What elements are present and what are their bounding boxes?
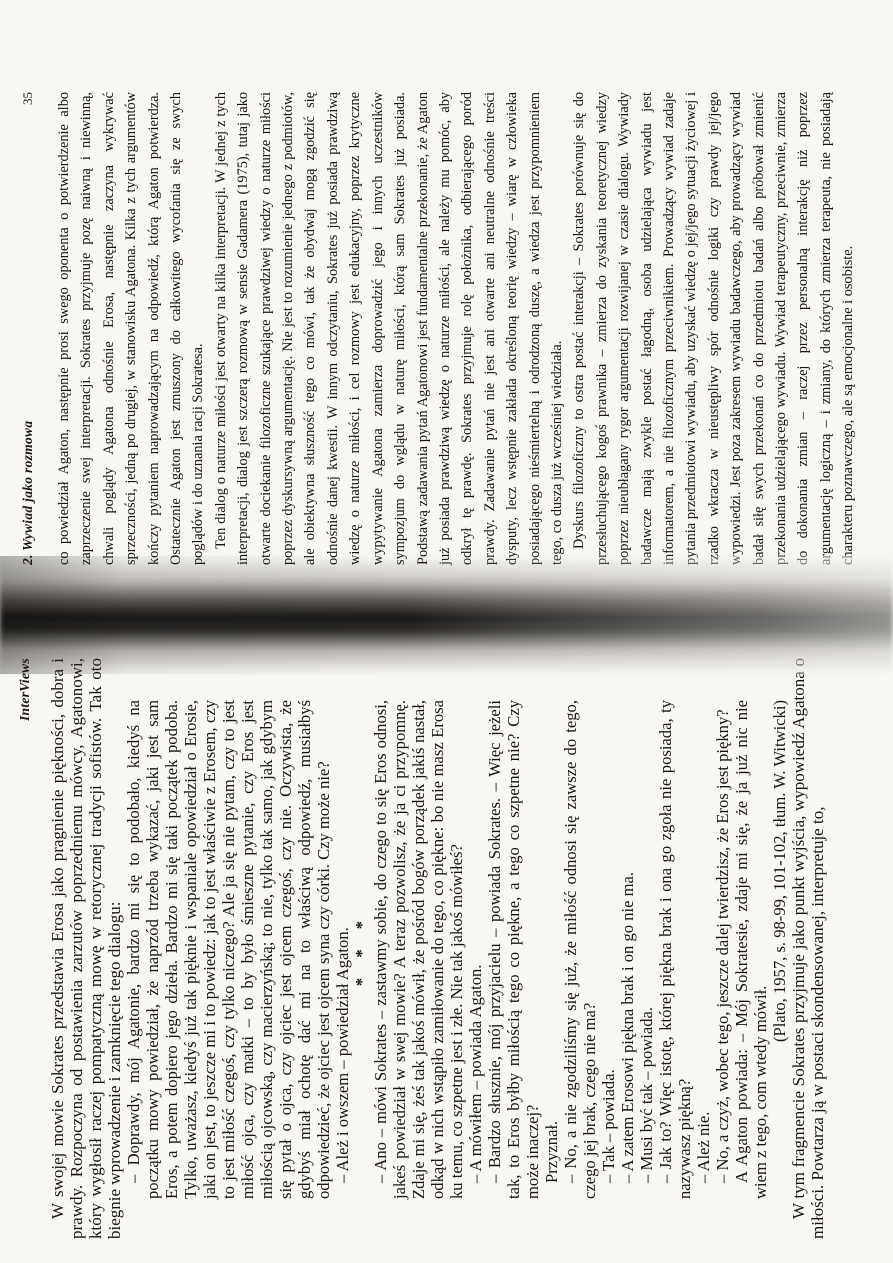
quote-paragraph: – A mówiłem – powiada Agaton.: [466, 700, 485, 1199]
paragraph: Ten dialog o naturze miłości jest otwart…: [210, 92, 569, 565]
paragraph: W tym fragmencie Sokrates przyjmuje jako…: [789, 658, 827, 1239]
running-head-right: 2. Wywiad jako rozmowa 35: [20, 92, 36, 565]
quote-paragraph: – Bardzo słusznie, mój przyjacielu – pow…: [485, 700, 542, 1199]
quote-paragraph: – Jak to? Więc istotę, której piękna bra…: [656, 700, 694, 1199]
quote-paragraph: – No, a nie zgodziliśmy się już, że miło…: [561, 700, 599, 1199]
paragraph: W swojej mowie Sokrates przedstawia Eros…: [48, 658, 124, 1239]
quote-paragraph: – No, a czyż, wobec tego, jeszcze dalej …: [713, 700, 732, 1199]
quote-separator: * * *: [352, 700, 371, 1199]
quote-citation: (Plato, 1957, s. 98-99, 101-102, tłum. W…: [770, 700, 789, 1199]
book-scan: 2. Wywiad jako rozmowa 35 co powiedział …: [0, 0, 893, 1263]
paragraph: Dyskurs filozoficzny to ostra postać int…: [568, 92, 859, 565]
quote-paragraph: A Agaton powiada: – Mój Sokratesie, zdaj…: [732, 700, 770, 1199]
quote-paragraph: – A zatem Erosowi piękna brak i on go ni…: [618, 700, 637, 1199]
quote-paragraph: – Ależ i owszem – powiedział Agaton.: [333, 700, 352, 1199]
paragraph: co powiedział Agaton, następnie prosi sw…: [53, 92, 210, 565]
chapter-title: 2. Wywiad jako rozmowa: [20, 421, 36, 565]
running-head-left: InterViews: [16, 658, 33, 1239]
quote-paragraph: Przyznał.: [542, 700, 561, 1199]
page-number: 35: [20, 92, 36, 105]
book-page-right: 2. Wywiad jako rozmowa 35 co powiedział …: [0, 0, 893, 585]
block-quote: – Doprawdy, mój Agatonie, bardzo mi się …: [124, 700, 789, 1199]
quote-paragraph: – Tak – powiada.: [599, 700, 618, 1199]
book-page-left: InterViews W swojej mowie Sokrates przed…: [0, 620, 893, 1263]
quote-paragraph: – Musi być tak – powiada.: [637, 700, 656, 1199]
quote-paragraph: – Ależ nie.: [694, 700, 713, 1199]
quote-paragraph: – Ano – mówi Sokrates – zastawmy sobie, …: [371, 700, 466, 1199]
quote-paragraph: – Doprawdy, mój Agatonie, bardzo mi się …: [124, 700, 333, 1199]
